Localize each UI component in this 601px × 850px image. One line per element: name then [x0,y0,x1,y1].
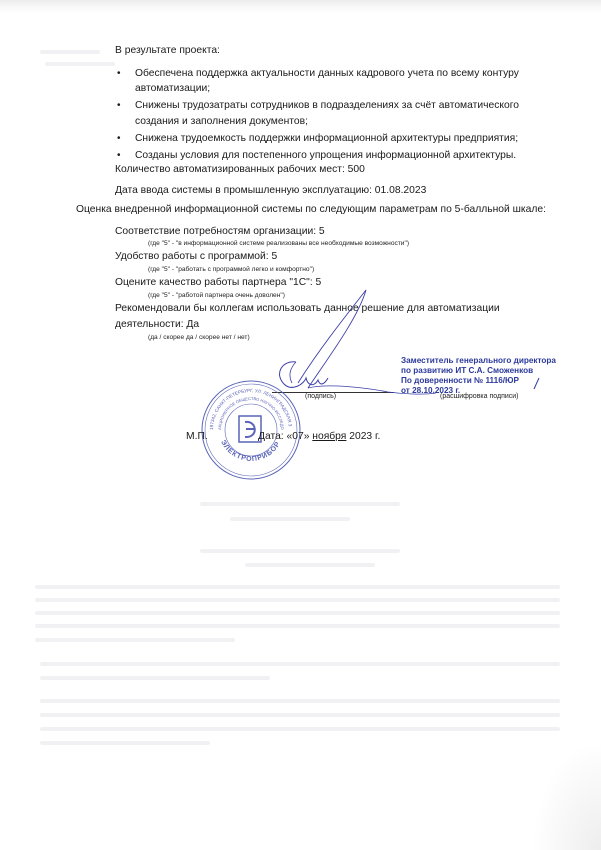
list-item: Созданы условия для постепенного упрощен… [117,148,557,163]
recommend-hint: (да / скорее да / скорее нет / нет) [148,334,250,342]
list-item-text: Снижены трудозатраты сотрудников в подра… [135,100,519,111]
launch-date: Дата ввода системы в промышленную эксплу… [115,184,426,197]
list-item-text: автоматизации; [135,83,210,94]
bleed-through-line [245,563,375,567]
bleed-through-line [40,727,560,731]
bleed-through-line [200,502,400,506]
date-prefix: Дата: «07» [258,431,312,442]
recommend-answer: деятельности: Да [115,318,199,331]
list-item: Снижены трудозатраты сотрудников в подра… [117,98,557,129]
rating-usability-label: Удобство работы с программой: 5 [115,250,277,263]
bleed-through-line [40,699,560,703]
bleed-through-line [35,638,235,642]
page-shadow [531,740,601,850]
list-item-text: Снижена трудоемкость поддержки информаци… [135,133,518,144]
stamp-label: М.П. [186,430,208,443]
rating-needs-hint: (где "5" - "в информационной системе реа… [148,240,409,248]
bleed-through-line [40,50,100,54]
bleed-through-line [45,62,115,66]
date-month: ноября [312,431,346,442]
bleed-through-line [40,713,560,717]
bleed-through-line [40,676,270,680]
workstations-count: Количество автоматизированных рабочих ме… [115,163,365,176]
list-item-text: Созданы условия для постепенного упрощен… [135,150,516,161]
date-suffix: 2023 г. [346,431,380,442]
rating-needs-label: Соответствие потребностям организации: 5 [115,225,325,238]
results-heading: В результате проекта: [115,44,220,57]
decode-caption: (расшифровка подписи) [440,393,519,401]
list-item: Снижена трудоемкость поддержки информаци… [117,131,557,146]
list-item: Обеспечена поддержка актуальности данных… [117,66,557,97]
bleed-through-line [35,598,560,602]
bleed-through-line [40,741,210,745]
document-date: Дата: «07» ноября 2023 г. [258,430,380,443]
rating-partner-hint: (где "5" - "работой партнера очень довол… [148,292,285,300]
bleed-through-line [230,517,350,521]
results-list: Обеспечена поддержка актуальности данных… [117,66,557,164]
rating-usability-hint: (где "5" - "работать с программой легко … [148,266,314,274]
bleed-through-line [200,549,400,553]
list-item-text: Обеспечена поддержка актуальности данных… [135,68,519,79]
bleed-through-line [35,624,560,628]
rating-heading: Оценка внедренной информационной системы… [76,203,546,216]
slash-mark-icon [530,377,542,391]
bleed-through-line [35,585,560,589]
bleed-through-line [40,662,560,666]
bleed-through-line [35,611,560,615]
list-item-text: создания и заполнения документов; [135,116,308,127]
